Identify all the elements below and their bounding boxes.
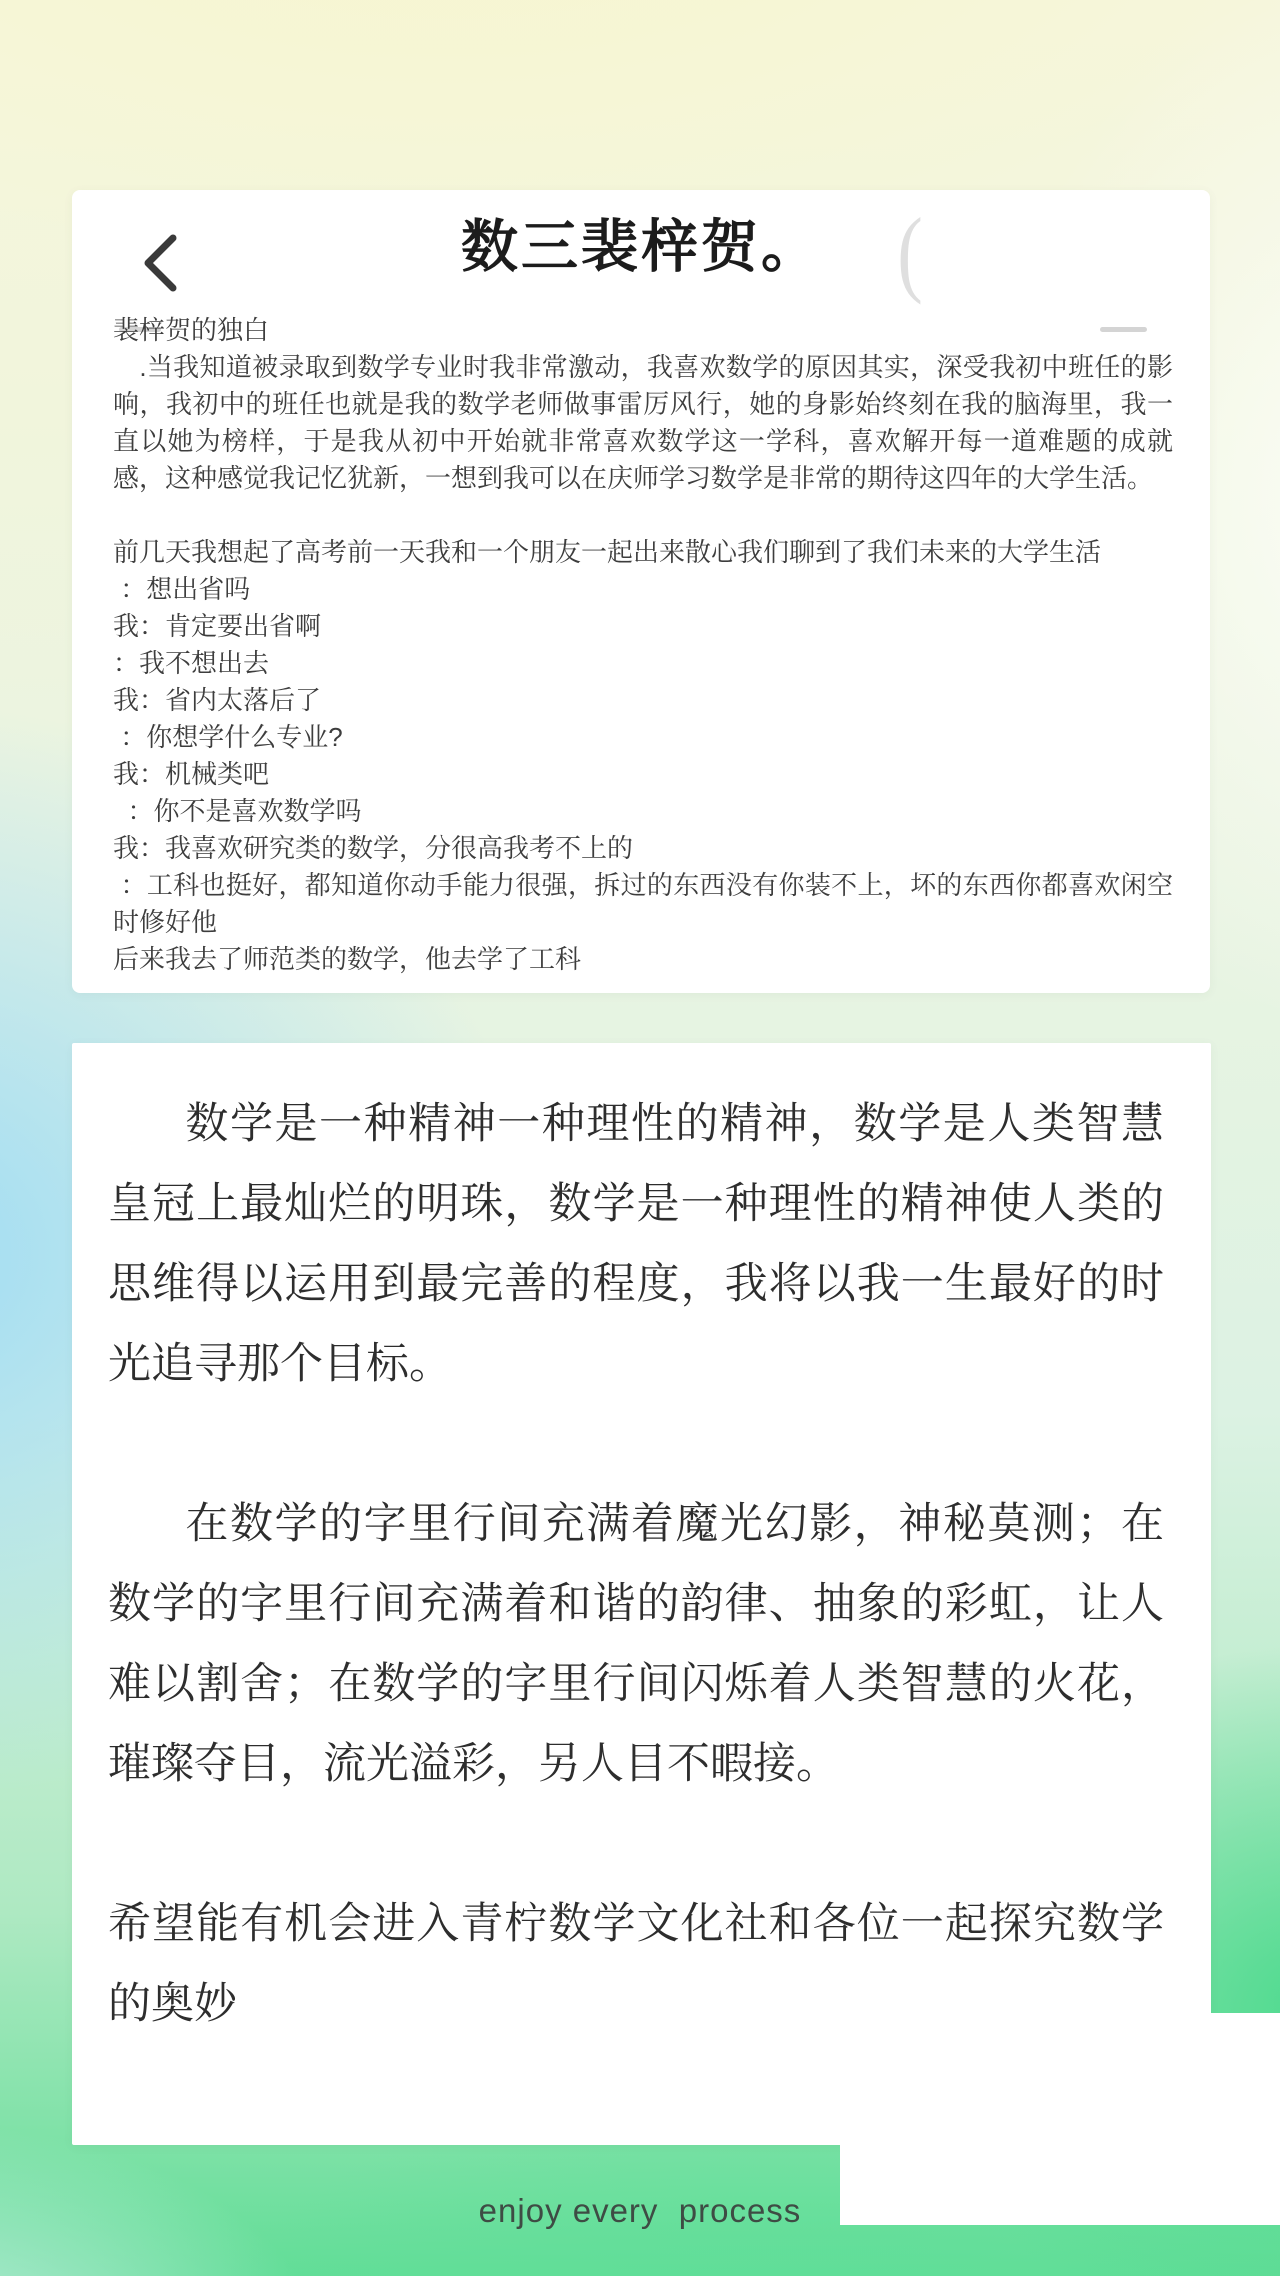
- essay-paragraph-2: 在数学的字里行间充满着魔光幻影，神秘莫测；在数学的字里行间充满着和谐的韵律、抽象…: [108, 1485, 1164, 1805]
- back-icon[interactable]: [140, 232, 180, 294]
- page-title: 数三裴梓贺。: [72, 190, 1210, 282]
- circle-arc-decoration: (: [897, 204, 923, 300]
- essay-paragraph-1: 数学是一种精神一种理性的精神，数学是人类智慧皇冠上最灿烂的明珠，数学是一种理性的…: [108, 1085, 1164, 1405]
- essay-body: 数学是一种精神一种理性的精神，数学是人类智慧皇冠上最灿烂的明珠，数学是一种理性的…: [108, 1085, 1164, 2125]
- poster-page: 数三裴梓贺。 ( 裴梓贺的独白 .当我知道被录取到数学专业时我非常激动，我喜欢数…: [0, 0, 1280, 2276]
- screenshot-card: 数三裴梓贺。 ( 裴梓贺的独白 .当我知道被录取到数学专业时我非常激动，我喜欢数…: [72, 190, 1210, 993]
- essay-card: 数学是一种精神一种理性的精神，数学是人类智慧皇冠上最灿烂的明珠，数学是一种理性的…: [72, 1043, 1211, 2145]
- monologue-text: 裴梓贺的独白 .当我知道被录取到数学专业时我非常激动，我喜欢数学的原因其实，深受…: [113, 312, 1173, 978]
- footer-slogan: enjoy every process: [0, 2190, 1280, 2232]
